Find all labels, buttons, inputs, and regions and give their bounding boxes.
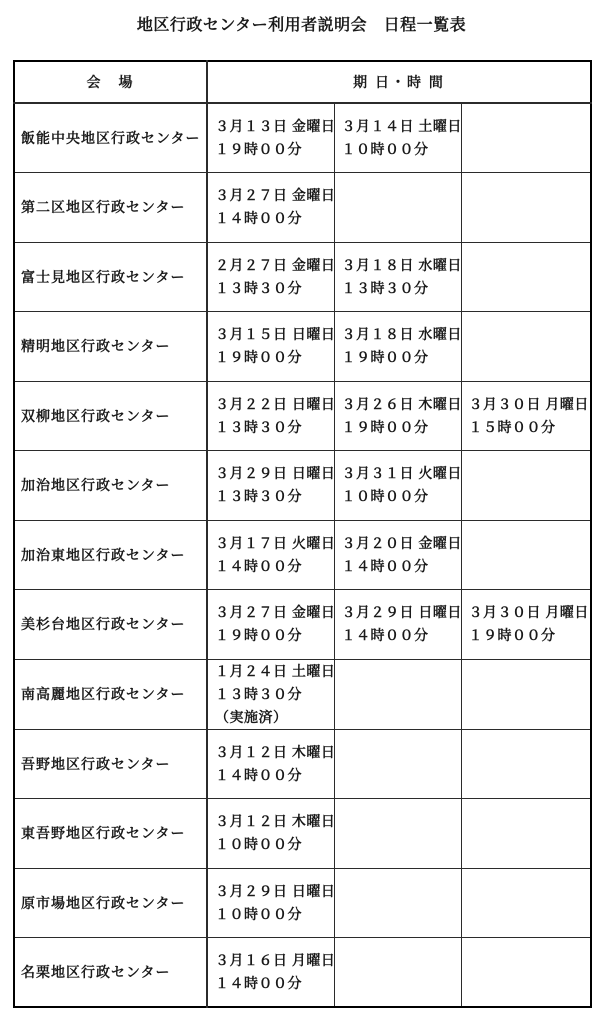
session-time: １４時００分 — [215, 555, 332, 578]
session-cell-1: ３月１７日 火曜日 １４時００分 — [207, 520, 334, 590]
session-time: １０時００分 — [342, 485, 459, 508]
session-cell-1: ３月１２日 木曜日 １４時００分 — [207, 729, 334, 799]
venue-label: 双柳地区行政センター — [21, 408, 170, 424]
venue-label: 美杉台地区行政センター — [21, 616, 185, 632]
venue-cell: 富士見地区行政センター — [14, 242, 207, 312]
session-cell-1: ３月１３日 金曜日 １９時００分 — [207, 103, 334, 173]
session-date: ３月２７日 金曜日 — [215, 601, 332, 624]
session-time: １４時００分 — [215, 207, 332, 230]
page-title: 地区行政センター利用者説明会 日程一覧表 — [0, 0, 603, 37]
session-time: １４時００分 — [215, 972, 332, 995]
session-date: ３月１８日 水曜日 — [342, 254, 459, 277]
session-time: １９時００分 — [215, 138, 332, 161]
table-row: 精明地区行政センター ３月１５日 日曜日 １９時００分 ３月１８日 水曜日 １９… — [14, 312, 591, 382]
venue-cell: 美杉台地区行政センター — [14, 590, 207, 660]
table-row: 双柳地区行政センター ３月２２日 日曜日 １３時３０分 ３月２６日 木曜日 １９… — [14, 381, 591, 451]
table-row: 美杉台地区行政センター ３月２７日 金曜日 １９時００分 ３月２９日 日曜日 １… — [14, 590, 591, 660]
venue-cell: 加治東地区行政センター — [14, 520, 207, 590]
table-row: 吾野地区行政センター ３月１２日 木曜日 １４時００分 — [14, 729, 591, 799]
session-cell-2 — [334, 659, 461, 729]
table-row: 名栗地区行政センター ３月１６日 月曜日 １４時００分 — [14, 938, 591, 1008]
session-date: ３月１２日 木曜日 — [215, 810, 332, 833]
session-cell-3 — [461, 729, 591, 799]
session-date: ３月１７日 火曜日 — [215, 532, 332, 555]
venue-cell: 南高麗地区行政センター — [14, 659, 207, 729]
venue-cell: 第二区地区行政センター — [14, 173, 207, 243]
session-cell-1: ３月２７日 金曜日 １９時００分 — [207, 590, 334, 660]
session-cell-3 — [461, 173, 591, 243]
table-row: 飯能中央地区行政センター ３月１３日 金曜日 １９時００分 ３月１４日 土曜日 … — [14, 103, 591, 173]
session-cell-1: ３月２９日 日曜日 １０時００分 — [207, 868, 334, 938]
session-time: １３時３０分 — [215, 485, 332, 508]
venue-label: 精明地区行政センター — [21, 338, 170, 354]
session-cell-1: ３月２７日 金曜日 １４時００分 — [207, 173, 334, 243]
schedule-table-head: 会 場 期 日・時 間 — [14, 61, 591, 103]
session-date: ３月２０日 金曜日 — [342, 532, 459, 555]
session-cell-3 — [461, 103, 591, 173]
venue-label: 加治東地区行政センター — [21, 547, 185, 563]
session-cell-1: ３月２２日 日曜日 １３時３０分 — [207, 381, 334, 451]
session-cell-3 — [461, 938, 591, 1008]
session-date: ３月１４日 土曜日 — [342, 115, 459, 138]
session-time: １９時００分 — [342, 416, 459, 439]
venue-label: 名栗地区行政センター — [21, 964, 170, 980]
session-cell-1: ３月１６日 月曜日 １４時００分 — [207, 938, 334, 1008]
venue-label: 富士見地区行政センター — [21, 269, 185, 285]
session-date: ３月２６日 木曜日 — [342, 393, 459, 416]
session-date: ３月１２日 木曜日 — [215, 741, 332, 764]
session-cell-3: ３月３０日 月曜日 １９時００分 — [461, 590, 591, 660]
session-cell-2: ３月２９日 日曜日 １４時００分 — [334, 590, 461, 660]
table-row: 加治地区行政センター ３月２９日 日曜日 １３時３０分 ３月３１日 火曜日 １０… — [14, 451, 591, 521]
session-date: １月２４日 土曜日 — [215, 660, 332, 683]
session-cell-2: ３月２６日 木曜日 １９時００分 — [334, 381, 461, 451]
session-time: １３時３０分 — [342, 277, 459, 300]
venue-cell: 名栗地区行政センター — [14, 938, 207, 1008]
table-row: 南高麗地区行政センター １月２４日 土曜日 １３時３０分 （実施済） — [14, 659, 591, 729]
session-cell-2: ３月１４日 土曜日 １０時００分 — [334, 103, 461, 173]
session-date: ３月３０日 月曜日 — [469, 601, 589, 624]
session-cell-3 — [461, 799, 591, 869]
venue-cell: 吾野地区行政センター — [14, 729, 207, 799]
session-cell-1: １月２４日 土曜日 １３時３０分 （実施済） — [207, 659, 334, 729]
table-row: 加治東地区行政センター ３月１７日 火曜日 １４時００分 ３月２０日 金曜日 １… — [14, 520, 591, 590]
session-cell-2 — [334, 173, 461, 243]
session-cell-2 — [334, 868, 461, 938]
session-cell-2 — [334, 938, 461, 1008]
session-date: ３月１８日 水曜日 — [342, 323, 459, 346]
header-venue: 会 場 — [14, 61, 207, 103]
session-cell-2: ３月２０日 金曜日 １４時００分 — [334, 520, 461, 590]
venue-cell: 加治地区行政センター — [14, 451, 207, 521]
session-date: ３月２７日 金曜日 — [215, 184, 332, 207]
venue-cell: 精明地区行政センター — [14, 312, 207, 382]
session-cell-3 — [461, 659, 591, 729]
session-time: １９時００分 — [215, 624, 332, 647]
session-time: １０時００分 — [215, 833, 332, 856]
session-date: ３月２９日 日曜日 — [215, 880, 332, 903]
venue-cell: 原市場地区行政センター — [14, 868, 207, 938]
venue-label: 第二区地区行政センター — [21, 199, 185, 215]
session-cell-1: ２月２７日 金曜日 １３時３０分 — [207, 242, 334, 312]
session-cell-3 — [461, 868, 591, 938]
session-cell-2 — [334, 729, 461, 799]
session-date: ３月２９日 日曜日 — [342, 601, 459, 624]
session-time: １４時００分 — [215, 764, 332, 787]
session-time: １３時３０分 — [215, 416, 332, 439]
venue-label: 原市場地区行政センター — [21, 895, 185, 911]
session-date: ３月１３日 金曜日 — [215, 115, 332, 138]
session-time: １４時００分 — [342, 555, 459, 578]
table-row: 富士見地区行政センター ２月２７日 金曜日 １３時３０分 ３月１８日 水曜日 １… — [14, 242, 591, 312]
session-time: １３時３０分 — [215, 277, 332, 300]
session-note: （実施済） — [215, 706, 332, 729]
session-date: ２月２７日 金曜日 — [215, 254, 332, 277]
session-cell-3 — [461, 312, 591, 382]
schedule-table: 会 場 期 日・時 間 飯能中央地区行政センター ３月１３日 金曜日 １９時００… — [13, 60, 592, 1008]
session-cell-2: ３月１８日 水曜日 １３時３０分 — [334, 242, 461, 312]
schedule-table-body: 飯能中央地区行政センター ３月１３日 金曜日 １９時００分 ３月１４日 土曜日 … — [14, 103, 591, 1007]
header-row: 会 場 期 日・時 間 — [14, 61, 591, 103]
session-cell-1: ３月２９日 日曜日 １３時３０分 — [207, 451, 334, 521]
venue-label: 東吾野地区行政センター — [21, 825, 185, 841]
session-date: ３月３０日 月曜日 — [469, 393, 589, 416]
session-cell-3: ３月３０日 月曜日 １５時００分 — [461, 381, 591, 451]
session-cell-2: ３月３１日 火曜日 １０時００分 — [334, 451, 461, 521]
venue-cell: 東吾野地区行政センター — [14, 799, 207, 869]
session-cell-2 — [334, 799, 461, 869]
document-page: 地区行政センター利用者説明会 日程一覧表 会 場 期 日・時 間 飯能中央地区行… — [0, 0, 603, 1024]
session-cell-2: ３月１８日 水曜日 １９時００分 — [334, 312, 461, 382]
session-time: １３時３０分 — [215, 683, 332, 706]
session-date: ３月２２日 日曜日 — [215, 393, 332, 416]
session-time: １５時００分 — [469, 416, 589, 439]
venue-label: 飯能中央地区行政センター — [21, 130, 200, 146]
table-row: 原市場地区行政センター ３月２９日 日曜日 １０時００分 — [14, 868, 591, 938]
venue-cell: 飯能中央地区行政センター — [14, 103, 207, 173]
session-time: １０時００分 — [342, 138, 459, 161]
venue-cell: 双柳地区行政センター — [14, 381, 207, 451]
session-cell-3 — [461, 520, 591, 590]
session-cell-3 — [461, 451, 591, 521]
session-time: １９時００分 — [342, 346, 459, 369]
session-cell-1: ３月１５日 日曜日 １９時００分 — [207, 312, 334, 382]
session-cell-1: ３月１２日 木曜日 １０時００分 — [207, 799, 334, 869]
session-time: １９時００分 — [215, 346, 332, 369]
session-date: ３月２９日 日曜日 — [215, 462, 332, 485]
table-row: 東吾野地区行政センター ３月１２日 木曜日 １０時００分 — [14, 799, 591, 869]
session-date: ３月１６日 月曜日 — [215, 949, 332, 972]
session-time: １０時００分 — [215, 903, 332, 926]
venue-label: 南高麗地区行政センター — [21, 686, 185, 702]
venue-label: 吾野地区行政センター — [21, 756, 170, 772]
header-schedule: 期 日・時 間 — [207, 61, 591, 103]
session-time: １９時００分 — [469, 624, 589, 647]
table-row: 第二区地区行政センター ３月２７日 金曜日 １４時００分 — [14, 173, 591, 243]
session-time: １４時００分 — [342, 624, 459, 647]
session-date: ３月１５日 日曜日 — [215, 323, 332, 346]
venue-label: 加治地区行政センター — [21, 477, 170, 493]
session-cell-3 — [461, 242, 591, 312]
session-date: ３月３１日 火曜日 — [342, 462, 459, 485]
